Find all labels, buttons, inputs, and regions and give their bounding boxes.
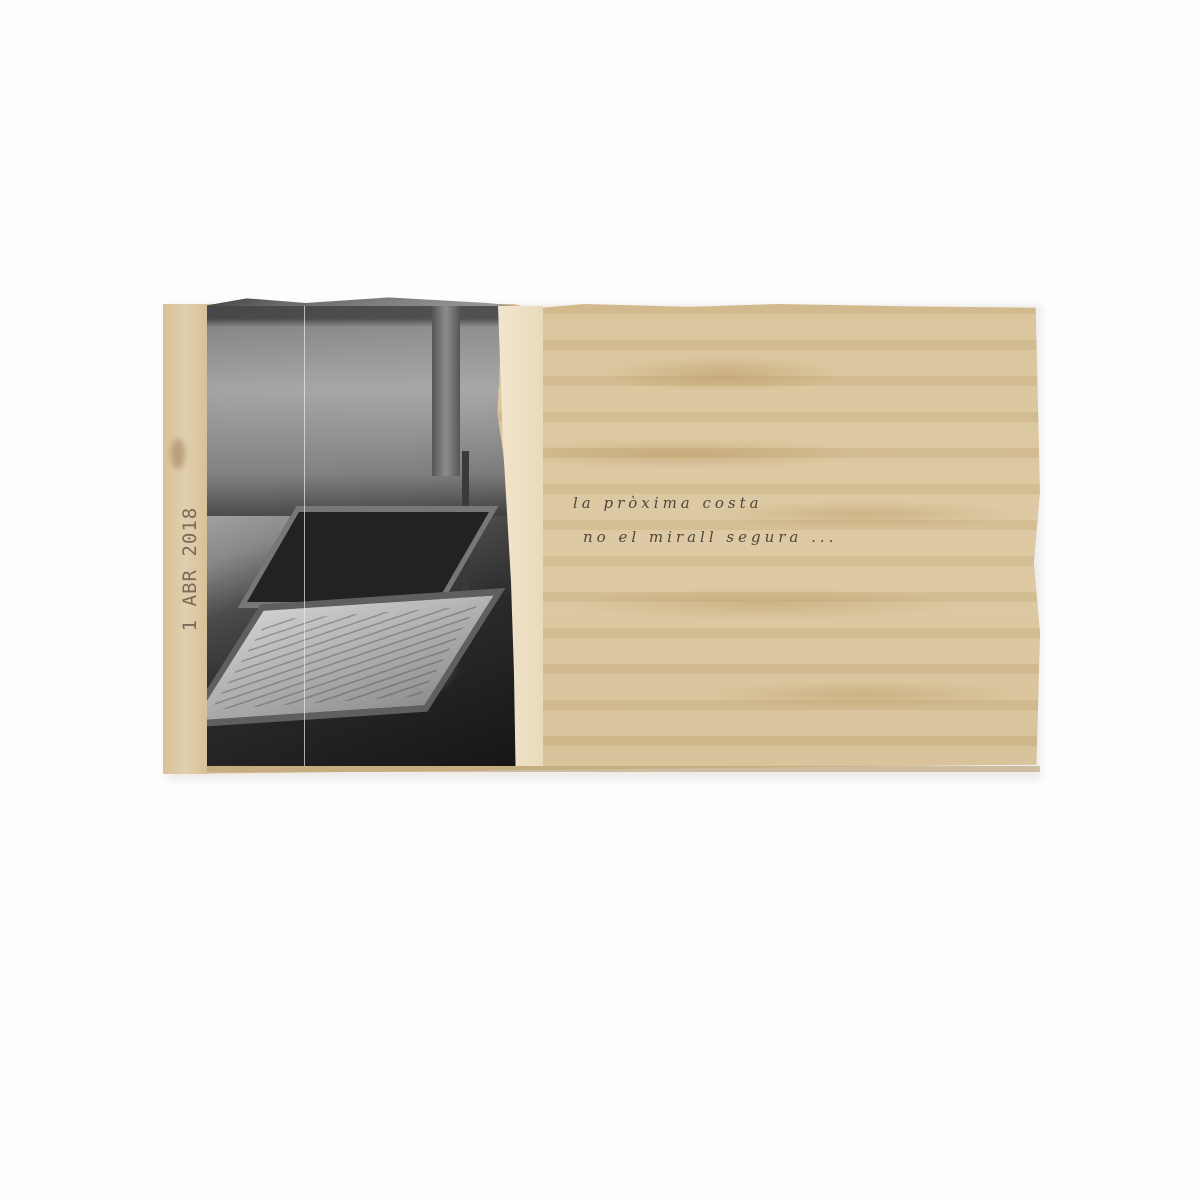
photo-wall bbox=[207, 306, 537, 516]
handwriting-line-1: la pròxima costa bbox=[573, 486, 993, 520]
washboard-ridges bbox=[211, 606, 477, 710]
photo-sink-front bbox=[183, 588, 506, 728]
collage-artwork: 1 ABR 2018 la pròxima costa no el mirall… bbox=[163, 296, 1043, 778]
photo-scratch-line bbox=[304, 306, 305, 766]
handwritten-note: la pròxima costa no el mirall segura ... bbox=[573, 486, 993, 554]
date-stamp-text: 1 ABR 2018 bbox=[179, 507, 201, 631]
bw-photograph bbox=[207, 296, 537, 766]
paper-bottom-edge bbox=[207, 766, 1040, 772]
stain-mark bbox=[171, 439, 185, 469]
date-stamp: 1 ABR 2018 bbox=[177, 504, 203, 634]
photo-pillar bbox=[432, 306, 460, 476]
paper-spine-strip: 1 ABR 2018 bbox=[163, 304, 209, 774]
handwriting-line-2: no el mirall segura ... bbox=[573, 520, 993, 554]
